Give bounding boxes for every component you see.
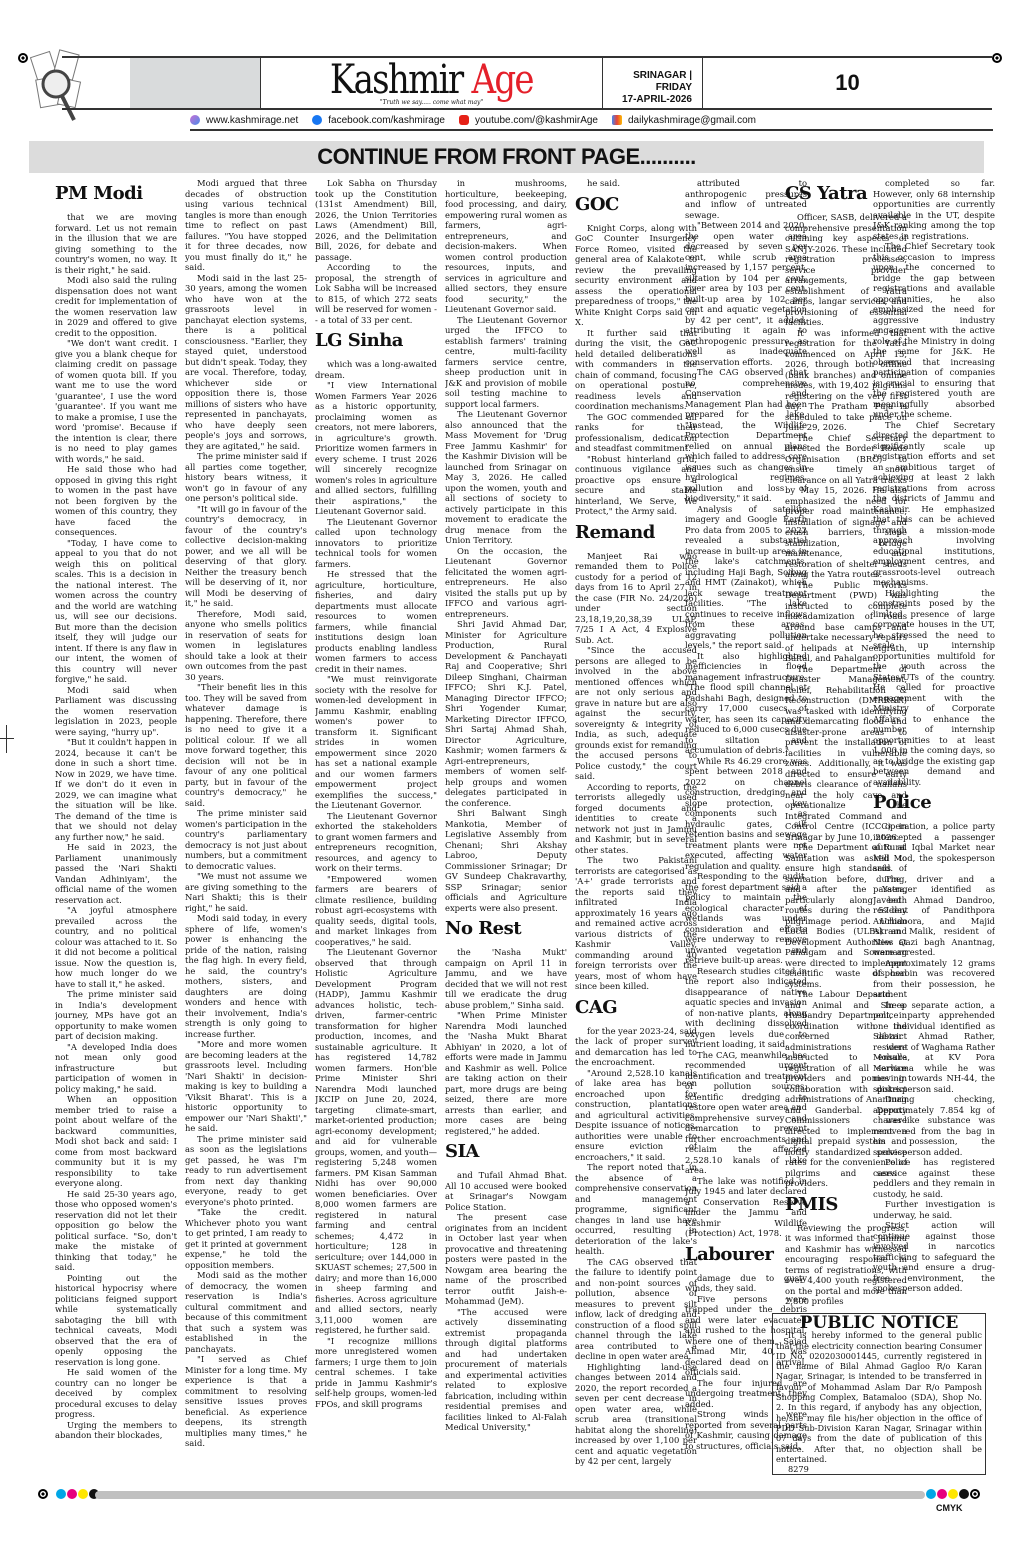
article-headline: CAG <box>575 996 697 1020</box>
article-paragraph: Urging the members to abandon their bloc… <box>55 1420 177 1441</box>
article-paragraph: "The accused were actively disseminating… <box>445 1307 567 1433</box>
article-paragraph: "When Prime Minister Narendra Modi launc… <box>445 1010 567 1136</box>
article-paragraph: In a separate action, a police party app… <box>873 1000 995 1095</box>
article-paragraph: The present case originates from an inci… <box>445 1212 567 1307</box>
column-3: Lok Sabha on Thursday took up the Consti… <box>315 178 437 1468</box>
column-4: in mushrooms, horticulture, beekeeping, … <box>445 178 567 1468</box>
article-paragraph: Modi said as the mother of democracy, th… <box>185 1270 307 1354</box>
public-notice-box: PUBLIC NOTICE It is hereby informed to t… <box>772 1313 986 1475</box>
article-paragraph: in mushrooms, horticulture, beekeeping, … <box>445 178 567 315</box>
article-paragraph: and Tufail Ahmad Bhat. All 10 accused we… <box>445 1170 567 1212</box>
article-paragraph: The Lieutenant Governor exhorted the sta… <box>315 811 437 874</box>
article-paragraph: The Lieutenant Governor urged the IFFCO … <box>445 315 567 410</box>
magenta-swatch <box>67 1489 77 1499</box>
article-paragraph: Pointing out the historical hypocrisy wh… <box>55 1273 177 1368</box>
article-paragraph: According to reports, the terrorists all… <box>575 782 697 856</box>
article-paragraph: Shri Javid Ahmad Dar, Minister for Agric… <box>445 619 567 808</box>
article-paragraph: which was a long-awaited dream. <box>315 359 437 380</box>
article-paragraph: "I recognize millions more unregistered … <box>315 1336 437 1410</box>
article-paragraph: The two Pakistani terrorists are categor… <box>575 855 697 992</box>
article-paragraph: It further said that during the visit, t… <box>575 328 697 412</box>
footer-bar <box>95 1491 925 1499</box>
article-paragraph: Modi also said the ruling dispensation d… <box>55 275 177 338</box>
yellow-swatch <box>78 1489 88 1499</box>
article-headline: PM Modi <box>55 182 177 206</box>
cmyk-label: CMYK <box>936 1503 963 1513</box>
cmyk-swatches-left <box>56 1489 99 1499</box>
article-paragraph: The Lieutenant Governor also announced t… <box>445 409 567 546</box>
article-paragraph: During checking, approximately 7.854 kg … <box>873 1094 995 1157</box>
article-paragraph: Modi said today, in every sphere of life… <box>185 913 307 1039</box>
article-headline: LG Sinha <box>315 329 437 353</box>
article-paragraph: He said those who had opposed in giving … <box>55 464 177 538</box>
article-paragraph: Modi said in the last 25-30 years, among… <box>185 273 307 452</box>
tagline: "Truth we say..... come what may" <box>261 99 602 106</box>
article-paragraph: The Lieutenant Governor observed that th… <box>315 947 437 1336</box>
registration-mark-bottom-left <box>38 1489 48 1499</box>
masthead: Kashmir Age "Truth we say..... come what… <box>62 56 992 110</box>
issue-date: 17-APRIL-2026 <box>603 94 692 106</box>
article-paragraph: The Chief Secretary directed the departm… <box>873 420 995 588</box>
public-notice-ref: 8279 <box>776 1464 982 1474</box>
article-paragraph: The GOC commended all ranks for their pr… <box>575 412 697 454</box>
masthead-gray-block <box>130 58 260 108</box>
facebook-icon <box>312 115 322 125</box>
globe-icon <box>190 115 200 125</box>
article-paragraph: On the occasion, the Lieutenant Governor… <box>445 546 567 620</box>
facebook-link[interactable]: facebook.com/kashmirage <box>328 115 445 126</box>
article-paragraph: "Empowered women farmers are bearers of … <box>315 874 437 948</box>
article-paragraph: The CAG observed that the failure to ide… <box>575 1257 697 1362</box>
article-paragraph: Manjeet Rai who remanded them to Police … <box>575 551 697 646</box>
page-number: 10 <box>703 58 992 108</box>
article-paragraph: "More and more women are becoming leader… <box>185 1039 307 1134</box>
logo-text: Kashmir <box>330 57 472 103</box>
article-headline: GOC <box>575 193 697 217</box>
article-paragraph: that we are moving forward. Let us not r… <box>55 212 177 275</box>
article-paragraph: Lok Sabha on Thursday took up the Consti… <box>315 178 437 262</box>
section-title: CONTINUE FROM FRONT PAGE.......... <box>29 141 984 173</box>
cmyk-swatches-right <box>926 1489 969 1499</box>
article-paragraph: When an opposition member tried to raise… <box>55 1094 177 1189</box>
article-paragraph: "Take the credit. Whichever photo you wa… <box>185 1207 307 1270</box>
newspaper-logo: Kashmir Age "Truth we say..... come what… <box>260 58 603 108</box>
article-paragraph: completed so far. However, only 68 inter… <box>873 178 995 241</box>
article-paragraph: for the year 2023-24, said the lack of p… <box>575 1026 697 1068</box>
article-paragraph: According to the proposal, the strength … <box>315 262 437 325</box>
article-paragraph: Modi said when Parliament was discussing… <box>55 685 177 738</box>
article-paragraph: Highlighting land-use changes between 20… <box>575 1362 697 1467</box>
article-paragraph: "We don't want credit. I give you a blan… <box>55 338 177 464</box>
article-paragraph: Highlighting the constraints posed by th… <box>873 588 995 788</box>
magenta-swatch <box>937 1489 947 1499</box>
article-paragraph: "I served as Chief Minister for a long t… <box>185 1354 307 1449</box>
website-link[interactable]: www.kashmirage.net <box>206 115 298 126</box>
article-paragraph: operation, a police party intercepted a … <box>873 821 995 874</box>
article-paragraph: The prime minister said as soon as the l… <box>185 1134 307 1208</box>
crop-mark <box>0 738 14 739</box>
article-paragraph: Police has registered cases against thes… <box>873 1157 995 1199</box>
article-paragraph: "A developed India does not mean only go… <box>55 1042 177 1095</box>
article-paragraph: He said women of the country can no long… <box>55 1367 177 1420</box>
article-headline: Police <box>873 791 995 815</box>
article-columns: PM Modithat we are moving forward. Let u… <box>55 178 1005 1468</box>
article-paragraph: the 'Nasha Mukt' campaign on April 11 in… <box>445 947 567 1010</box>
article-paragraph: Knight Corps, along with GoC Counter Ins… <box>575 223 697 328</box>
article-paragraph: "I view International Women Farmers Year… <box>315 380 437 517</box>
article-paragraph: He said in 2023, the Parliament unanimou… <box>55 842 177 905</box>
article-paragraph: "Since the accused persons are alleged t… <box>575 645 697 782</box>
article-paragraph: "A joyful atmosphere prevailed across th… <box>55 905 177 989</box>
article-paragraph: he said. <box>575 178 697 189</box>
article-paragraph: "Their benefit lies in this too. They wi… <box>185 682 307 808</box>
article-paragraph: "Around 2,528.10 kanals of lake area has… <box>575 1068 697 1163</box>
article-paragraph: The prime minister said if all parties c… <box>185 451 307 504</box>
column-2: Modi argued that three decades of obstru… <box>185 178 307 1468</box>
public-notice-title: PUBLIC NOTICE <box>776 1318 982 1328</box>
article-headline: SIA <box>445 1140 567 1164</box>
black-swatch <box>959 1489 969 1499</box>
article-paragraph: The driver and a passenger identified as… <box>873 874 995 958</box>
location-day: SRINAGAR | FRIDAY <box>603 70 692 94</box>
article-paragraph: He stressed that the agriculture, hortic… <box>315 569 437 674</box>
article-paragraph: "We must reinvigorate society with the r… <box>315 674 437 811</box>
crop-mark <box>6 725 7 753</box>
youtube-link[interactable]: youtube.com/@kashmirAge <box>475 115 598 126</box>
article-headline: Remand <box>575 521 697 545</box>
column-5: he said.GOCKnight Corps, along with GoC … <box>575 178 697 1468</box>
article-paragraph: The Lieutenant Governor called upon tech… <box>315 517 437 570</box>
registration-mark-top-right <box>992 53 1002 63</box>
article-paragraph: Shri Balwant Singh Mankotia, Member of L… <box>445 808 567 913</box>
article-paragraph: "Robust hinterland grid, continuous vigi… <box>575 454 697 517</box>
article-paragraph: The report noted that in the absence of … <box>575 1162 697 1257</box>
article-headline: No Rest <box>445 917 567 941</box>
article-paragraph: The Chief Secretary took this occasion t… <box>873 241 995 420</box>
column-1: PM Modithat we are moving forward. Let u… <box>55 178 177 1468</box>
registration-mark-top-left <box>18 53 28 63</box>
registration-mark-bottom-right <box>970 1489 980 1499</box>
column-8: completed so far. However, only 68 inter… <box>873 178 995 1468</box>
article-paragraph: He said 25-30 years ago, those who oppos… <box>55 1189 177 1273</box>
article-paragraph: Modi argued that three decades of obstru… <box>185 178 307 273</box>
dateline: SRINAGAR | FRIDAY 17-APRIL-2026 <box>603 58 703 108</box>
article-paragraph: The prime minister said women's particip… <box>185 808 307 871</box>
email-link[interactable]: dailykashmirage@gmail.com <box>628 115 756 126</box>
article-paragraph: Strict action will continue against thos… <box>873 1220 995 1294</box>
logo-accent-text: Age <box>472 57 533 103</box>
article-paragraph: "Today, I have come to appeal to you tha… <box>55 538 177 685</box>
article-paragraph: Further investigation is underway, he sa… <box>873 1199 995 1220</box>
article-paragraph: Therefore, Modi said, anyone who smells … <box>185 609 307 683</box>
article-paragraph: "But it couldn't happen in 2024, because… <box>55 737 177 842</box>
public-notice-body: It is hereby informed to the general pub… <box>776 1330 982 1464</box>
youtube-icon <box>459 115 469 125</box>
cyan-swatch <box>56 1489 66 1499</box>
article-paragraph: "It will go in favour of the country's d… <box>185 504 307 609</box>
article-paragraph: The prime minister said in India's devel… <box>55 989 177 1042</box>
social-links-bar: www.kashmirage.net facebook.com/kashmira… <box>190 111 993 131</box>
article-paragraph: "We must not assume we are giving someth… <box>185 871 307 913</box>
gmail-icon <box>612 115 622 125</box>
cyan-swatch <box>926 1489 936 1499</box>
article-paragraph: Approximately 12 grams of heroin was rec… <box>873 958 995 1000</box>
yellow-swatch <box>948 1489 958 1499</box>
